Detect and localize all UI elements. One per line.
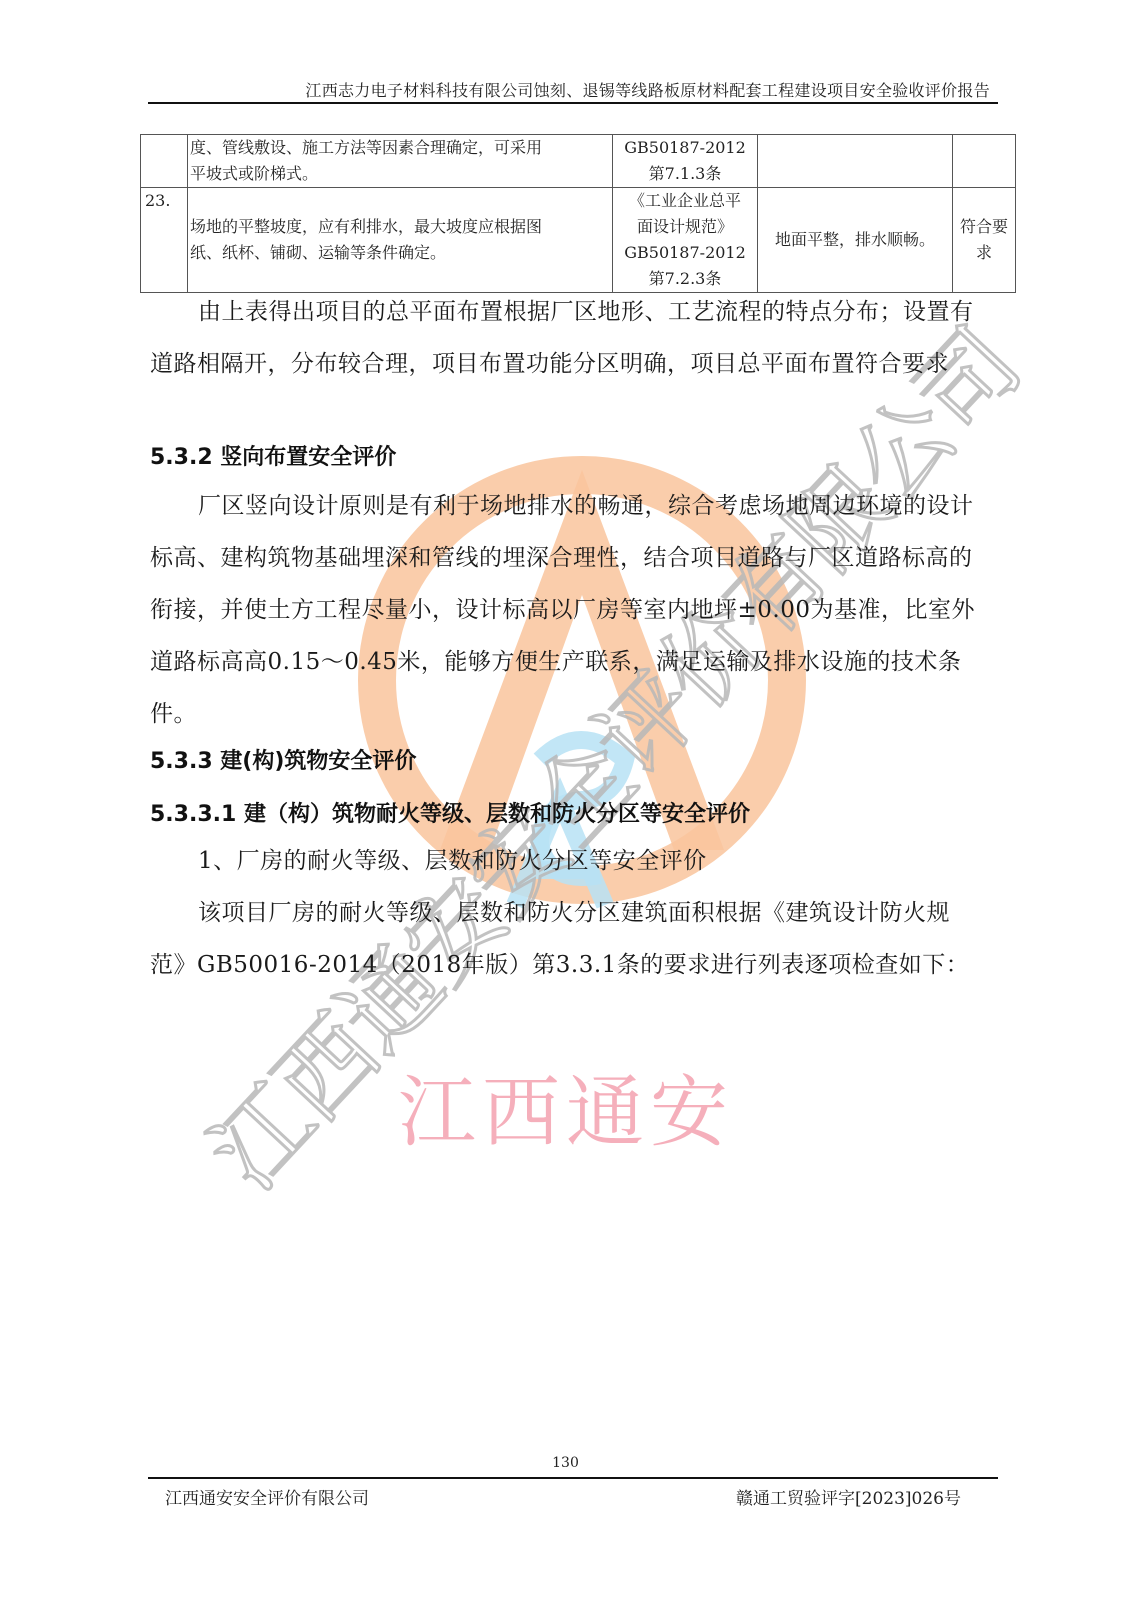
fact-cell: 地面平整，排水顺畅。	[758, 188, 953, 293]
row-number	[141, 135, 188, 188]
table-row: 23. 场地的平整坡度，应有利排水，最大坡度应根据图 纸、纸杯、铺砌、运输等条件…	[141, 188, 1016, 293]
row-number: 23.	[141, 188, 188, 293]
page-content: 江西志力电子材料科技有限公司蚀刻、退锡等线路板原材料配套工程建设项目安全验收评价…	[0, 0, 1131, 1600]
document-page: 江西通安安全评价有限公司 江西通安 江西志力电子材料科技有限公司蚀刻、退锡等线路…	[0, 0, 1131, 1600]
requirement-cell: 场地的平整坡度，应有利排水，最大坡度应根据图 纸、纸杯、铺砌、运输等条件确定。	[188, 188, 613, 293]
section-heading-5-3-3: 5.3.3 建(构)筑物安全评价	[150, 744, 416, 775]
vertical-layout-paragraph: 厂区竖向设计原则是有利于场地排水的畅通，综合考虑场地周边环境的设计标高、建构筑物…	[150, 480, 980, 740]
summary-paragraph: 由上表得出项目的总平面布置根据厂区地形、工艺流程的特点分布；设置有道路相隔开，分…	[150, 286, 980, 390]
fire-rating-paragraph: 该项目厂房的耐火等级、层数和防火分区建筑面积根据《建筑设计防火规范》GB5001…	[150, 887, 980, 991]
footer-company: 江西通安安全评价有限公司	[165, 1484, 369, 1509]
result-cell: 符合要求	[953, 188, 1016, 293]
basis-cell: 《工业企业总平 面设计规范》 GB50187-2012 第7.2.3条	[613, 188, 758, 293]
running-header: 江西志力电子材料科技有限公司蚀刻、退锡等线路板原材料配套工程建设项目安全验收评价…	[150, 78, 990, 101]
result-cell	[953, 135, 1016, 188]
footer-doc-number: 赣通工贸验评字[2023]026号	[736, 1484, 961, 1509]
section-heading-5-3-2: 5.3.2 竖向布置安全评价	[150, 440, 396, 471]
inspection-table: 度、管线敷设、施工方法等因素合理确定，可采用 平坡式或阶梯式。 GB50187-…	[140, 134, 1016, 293]
fact-cell	[758, 135, 953, 188]
table-row: 度、管线敷设、施工方法等因素合理确定，可采用 平坡式或阶梯式。 GB50187-…	[141, 135, 1016, 188]
list-item-1: 1、厂房的耐火等级、层数和防火分区等安全评价	[150, 835, 980, 887]
basis-cell: GB50187-2012 第7.1.3条	[613, 135, 758, 188]
requirement-cell: 度、管线敷设、施工方法等因素合理确定，可采用 平坡式或阶梯式。	[188, 135, 613, 188]
footer-divider	[148, 1477, 998, 1479]
page-number: 130	[0, 1455, 1131, 1471]
header-divider	[148, 102, 998, 104]
section-heading-5-3-3-1: 5.3.3.1 建（构）筑物耐火等级、层数和防火分区等安全评价	[150, 797, 750, 828]
